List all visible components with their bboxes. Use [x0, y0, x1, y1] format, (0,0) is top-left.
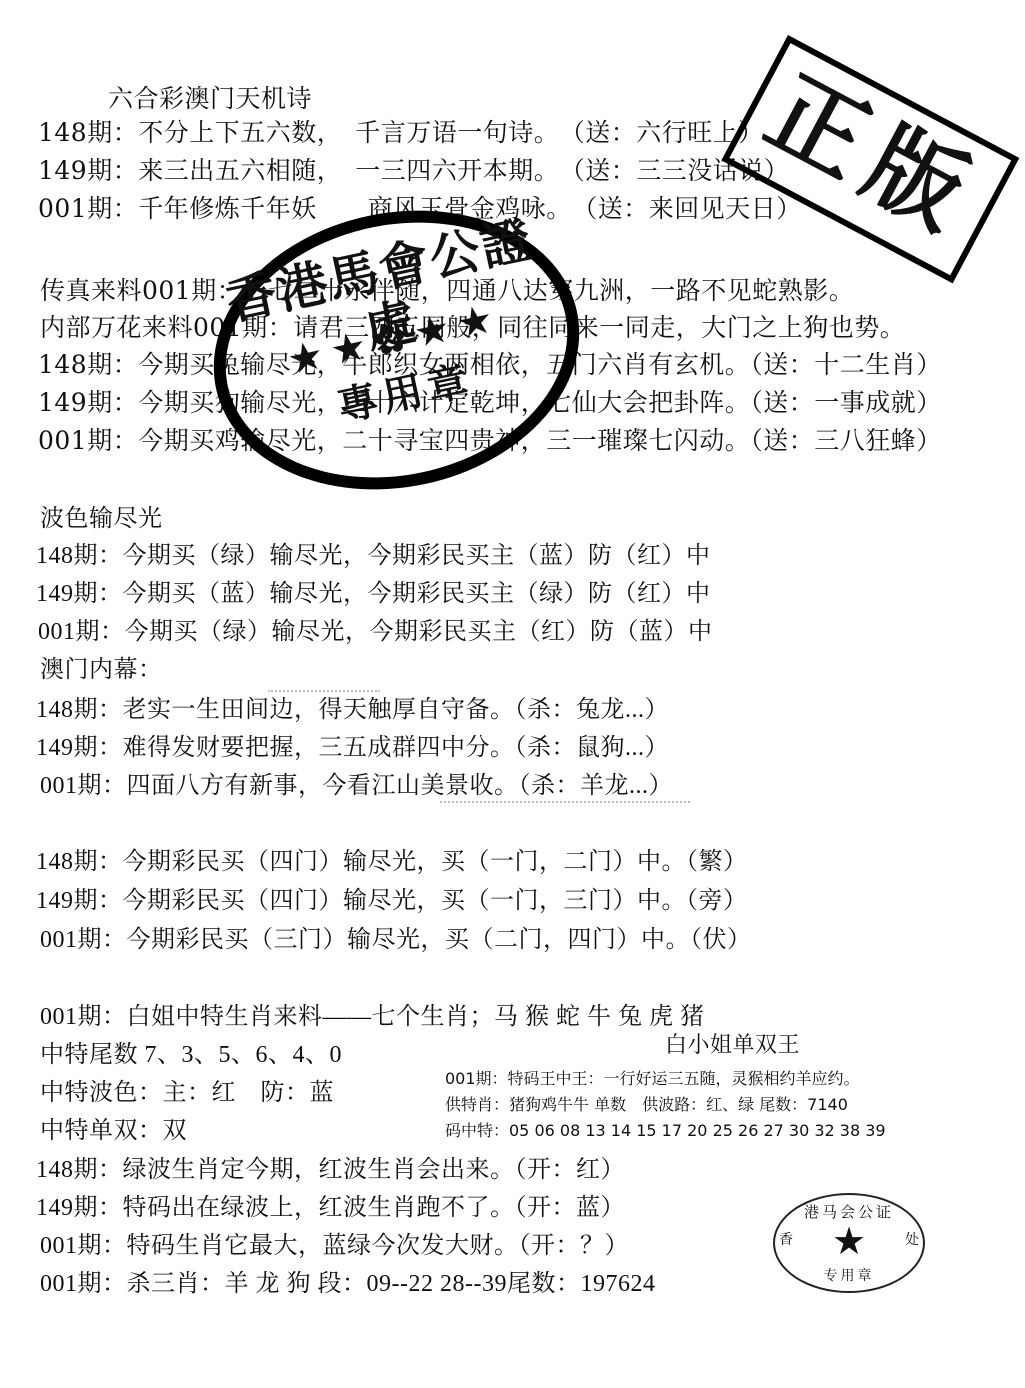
line-text: 绿波生肖定今期，红波生肖会出来。（开：红） — [123, 1157, 626, 1183]
tianji-line-149: 149期：来三出五六相随， 一三四六开本期。 （送：三三没话说） — [38, 156, 789, 186]
period-label: 001期： — [38, 194, 138, 223]
period-label: 148期： — [38, 118, 138, 147]
period-label: 001期： — [40, 1233, 127, 1259]
scan-artifact — [268, 690, 380, 694]
section-title-tianji: 六合彩澳门天机诗 — [108, 84, 312, 114]
bose-line-001: 001期：今期买（绿）输尽光，今期彩民买主（红）防（蓝）中 — [38, 617, 713, 647]
line-text: 特码生肖它最大，蓝绿今次发大财。（开：？） — [127, 1233, 630, 1259]
period-label: 001期： — [38, 619, 125, 645]
line-text: 今期买（蓝）输尽光，今期彩民买主（绿）防（红）中 — [123, 581, 711, 607]
section-title-neimu: 澳门内幕： — [40, 655, 163, 685]
line-text: 今期买（绿）输尽光，今期彩民买主（红）防（蓝）中 — [125, 619, 713, 645]
simen-line-001: 001期：今期彩民买（三门）输尽光，买（二门，四门）中。（伏） — [40, 925, 752, 955]
line-text: 不分上下五六数， 千言万语一句诗。 （送：六行旺上） — [138, 118, 764, 147]
period-label: 148期： — [36, 1157, 123, 1183]
danshuang-line-1: 001期：特码王中王：一行好运三五随，灵猴相约羊应约。 — [445, 1069, 860, 1089]
danshuang-line-2: 供特肖：猪狗鸡牛牛 单数 供波路：红、绿 尾数：7140 — [445, 1095, 848, 1115]
bolang-line-001: 001期：特码生肖它最大，蓝绿今次发大财。（开：？） — [40, 1231, 629, 1261]
period-label: 149期： — [36, 581, 123, 607]
kill-three-line: 001期：杀三肖：羊 龙 狗 段：09--22 28--39尾数：197624 — [40, 1269, 655, 1299]
neimu-line-001: 001期：四面八方有新事，今看江山美景收。（杀：羊龙...） — [40, 771, 673, 801]
simen-line-149: 149期：今期彩民买（四门）输尽光，买（一门，三门）中。（旁） — [36, 886, 748, 916]
period-label: 148期： — [38, 350, 138, 379]
baijie-tail-line: 中特尾数 7、3、5、6、4、0 — [40, 1040, 342, 1070]
period-label: 148期： — [36, 849, 123, 875]
neimu-line-148: 148期：老实一生田间边，得天触厚自守备。（杀：兔龙...） — [36, 695, 669, 725]
zhengban-stamp: 正版 — [721, 35, 1019, 283]
bolang-line-149: 149期：特码出在绿波上，红波生肖跑不了。（开：蓝） — [36, 1193, 625, 1223]
line-text: 来三出五六相随， 一三四六开本期。 （送：三三没话说） — [138, 156, 789, 185]
line-text: 今期彩民买（三门）输尽光，买（二门，四门）中。（伏） — [127, 927, 752, 953]
scan-artifact — [440, 801, 690, 805]
baijie-oddeven-line: 中特单双：双 — [40, 1116, 187, 1146]
line-text: 难得发财要把握，三五成群四中分。（杀：鼠狗...） — [123, 735, 670, 761]
baijie-zodiac-line: 001期：白姐中特生肖来料——七个生肖；马 猴 蛇 牛 兔 虎 猪 — [40, 1002, 705, 1032]
period-label: 149期： — [36, 735, 123, 761]
small-notary-stamp: 港马会公证 香 处 ★ 专用章 — [773, 1193, 925, 1293]
period-label: 001期： — [40, 1271, 127, 1297]
section-title-bose: 波色输尽光 — [40, 504, 163, 534]
neimu-line-149: 149期：难得发财要把握，三五成群四中分。（杀：鼠狗...） — [36, 733, 669, 763]
period-label: 149期： — [38, 388, 138, 417]
stamp-bottom-text: 专用章 — [775, 1265, 923, 1285]
bose-line-149: 149期：今期买（蓝）输尽光，今期彩民买主（绿）防（红）中 — [36, 579, 711, 609]
period-label: 001期： — [38, 426, 138, 455]
period-label: 149期： — [36, 1195, 123, 1221]
bolang-line-148: 148期：绿波生肖定今期，红波生肖会出来。（开：红） — [36, 1155, 625, 1185]
line-text: 老实一生田间边，得天触厚自守备。（杀：兔龙...） — [123, 697, 670, 723]
period-label: 148期： — [36, 543, 123, 569]
line-text: 今期买（绿）输尽光，今期彩民买主（蓝）防（红）中 — [123, 543, 711, 569]
notary-oval-stamp: 香港馬會公證處 ★★✿★★ 專用章 — [188, 178, 606, 523]
line-text: 今期彩民买（四门）输尽光，买（一门，二门）中。（繁） — [123, 849, 748, 875]
line-text: 特码出在绿波上，红波生肖跑不了。（开：蓝） — [123, 1195, 626, 1221]
period-label: 001期： — [40, 927, 127, 953]
line-text: 四面八方有新事，今看江山美景收。（杀：羊龙...） — [127, 773, 674, 799]
danshuang-line-3: 码中特：05 06 08 13 14 15 17 20 25 26 27 30 … — [445, 1121, 886, 1141]
line-text: 今期彩民买（四门）输尽光，买（一门，三门）中。（旁） — [123, 888, 748, 914]
baijie-color-line: 中特波色：主：红 防：蓝 — [40, 1078, 334, 1108]
zhengban-stamp-text: 正版 — [750, 56, 996, 256]
tianji-line-148: 148期：不分上下五六数， 千言万语一句诗。 （送：六行旺上） — [38, 118, 764, 148]
danshuang-title: 白小姐单双王 — [665, 1033, 800, 1059]
period-label: 149期： — [38, 156, 138, 185]
star-icon: ★ — [775, 1221, 923, 1261]
period-label: 149期： — [36, 888, 123, 914]
simen-line-148: 148期：今期彩民买（四门）输尽光，买（一门，二门）中。（繁） — [36, 847, 748, 877]
line-text: 杀三肖：羊 龙 狗 段：09--22 28--39尾数：197624 — [127, 1271, 656, 1297]
bose-line-148: 148期：今期买（绿）输尽光，今期彩民买主（蓝）防（红）中 — [36, 541, 711, 571]
period-label: 001期： — [40, 773, 127, 799]
period-label: 148期： — [36, 697, 123, 723]
